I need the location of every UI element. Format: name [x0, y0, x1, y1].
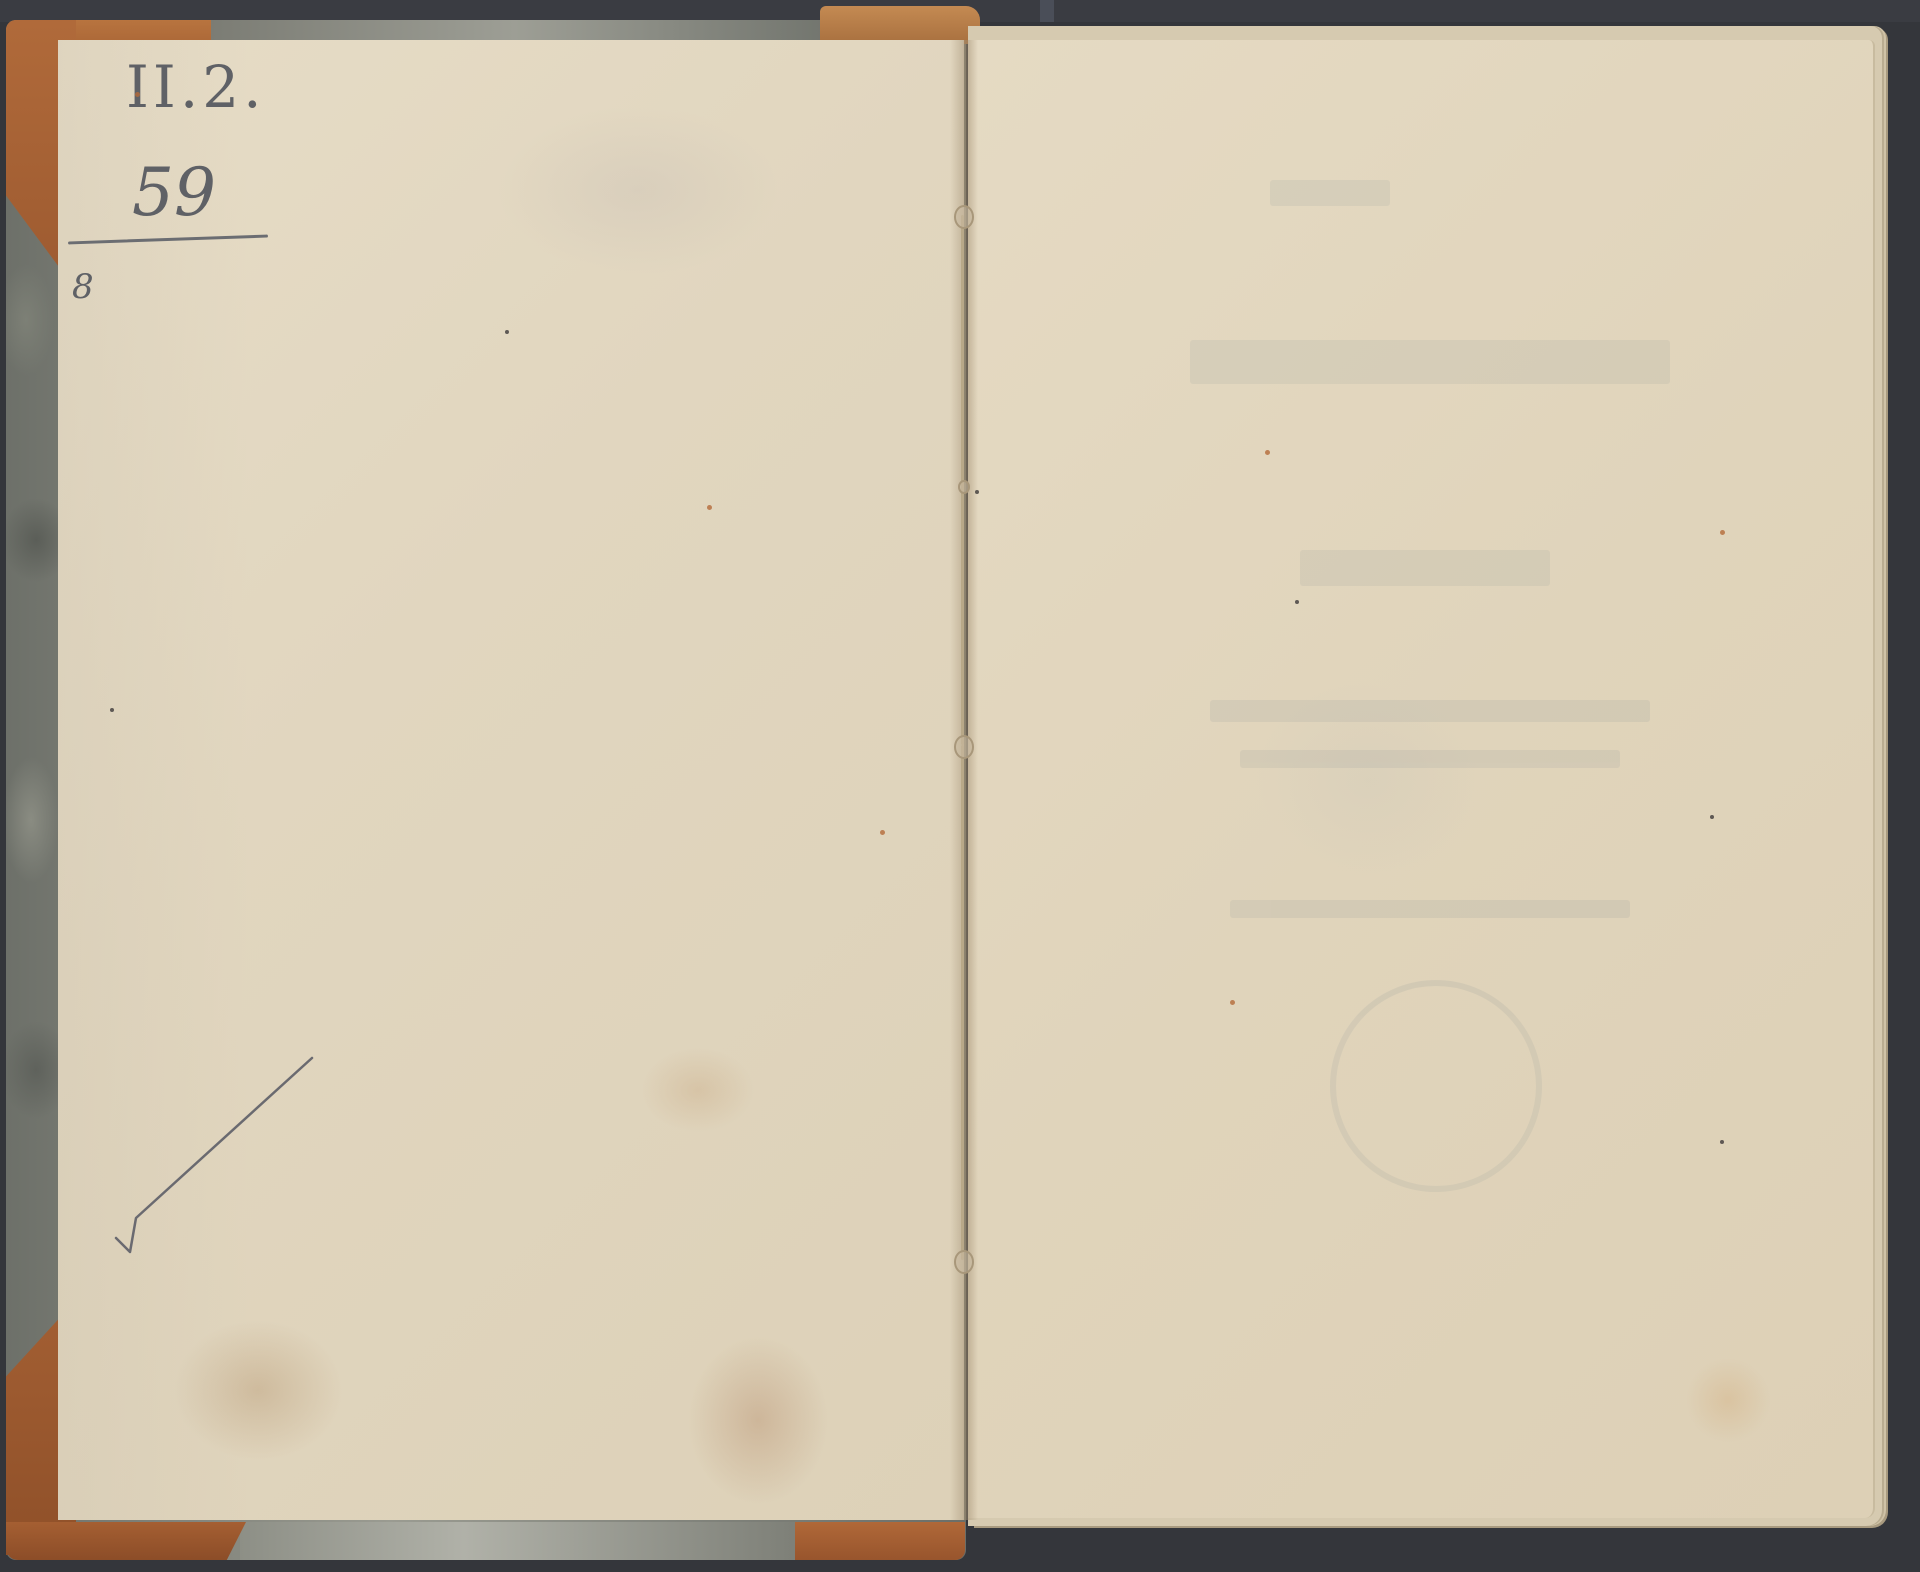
foxing-spot — [1710, 815, 1714, 819]
foxing-spot — [1720, 1140, 1724, 1144]
foxing-spot — [1295, 600, 1299, 604]
shelfmark-line-3: 8 — [72, 270, 94, 304]
marbled-paper-bottom-edge — [240, 1522, 800, 1560]
stitch-knot — [954, 205, 974, 229]
shelfmark-line-2: 59 — [132, 160, 216, 226]
foxing-spot — [1265, 450, 1270, 455]
foxing-spot — [505, 330, 509, 334]
leather-corner-bottom — [6, 1522, 246, 1560]
stitch-knot — [958, 480, 970, 494]
foxing-spot — [1720, 530, 1725, 535]
leather-spine-top — [820, 6, 980, 44]
foxing-spot — [707, 505, 712, 510]
stitch-knot — [954, 735, 974, 759]
foxing-spot — [110, 708, 114, 712]
scanner-bed-stripe — [1040, 0, 1054, 22]
marbled-paper-top-edge — [200, 20, 830, 42]
shelfmark-line-1: II.2. — [126, 58, 266, 116]
foxing-spot — [975, 490, 979, 494]
stitch-knot — [954, 1250, 974, 1274]
pencil-tick-mark-icon — [100, 1040, 340, 1260]
foxing-spot — [880, 830, 885, 835]
title-page-show-through — [1150, 180, 1710, 1230]
book-scan: II.2. 59 8 — [0, 0, 1920, 1572]
spine-gutter — [950, 40, 978, 1520]
foxing-spot — [135, 92, 140, 97]
left-page-shade — [58, 40, 248, 1520]
leather-spine-bottom — [795, 1522, 965, 1560]
binding-thread — [961, 745, 964, 1260]
foxing-spot — [1230, 1000, 1235, 1005]
